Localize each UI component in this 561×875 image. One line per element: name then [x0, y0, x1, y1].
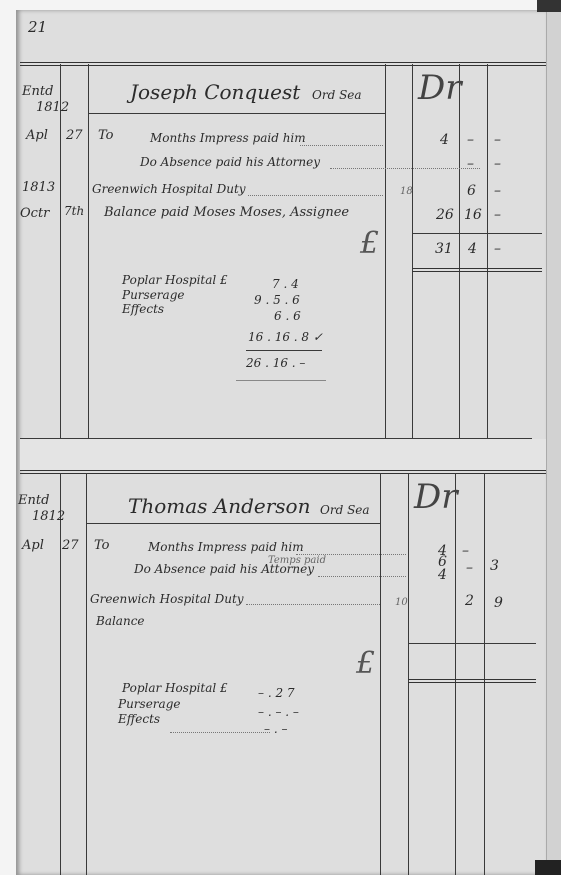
line-pence: 9 — [494, 595, 503, 611]
note-label: Purserage — [122, 288, 184, 302]
line-aux: 18 — [400, 186, 413, 197]
note-label: Poplar Hospital £ — [122, 681, 228, 695]
line-shillings: 2 — [465, 593, 474, 609]
seaman-quality: Ord Sea — [320, 503, 370, 517]
line-text: Greenwich Hospital Duty — [92, 182, 246, 196]
note-value: 9 . 5 . 6 — [254, 293, 300, 307]
col-rule — [408, 473, 409, 875]
leader-dots — [300, 145, 383, 146]
page-number: 21 — [28, 18, 47, 36]
to-label: To — [98, 128, 114, 143]
total-pounds: 31 — [435, 241, 453, 257]
date-day: 27 — [62, 538, 79, 553]
col-rule — [88, 64, 89, 440]
line-text: Balance — [96, 614, 145, 628]
col-rule — [487, 64, 488, 440]
balance-year: 1813 — [22, 180, 55, 195]
line-shillings: – — [467, 132, 474, 148]
total-rule-top — [408, 643, 536, 644]
balance-day: 7th — [64, 204, 84, 218]
note-value: 16 . 16 . 8 ✓ — [248, 330, 323, 344]
debit-heading: Dr — [414, 477, 458, 517]
line-pounds: 4 — [440, 132, 449, 148]
note-label: Effects — [118, 712, 160, 726]
binding-shadow-bottom — [535, 860, 561, 875]
total-rule-top — [412, 233, 542, 234]
line-shillings: 16 — [464, 207, 482, 223]
line-shillings: 6 — [467, 183, 476, 199]
note-value: 26 . 16 . – — [246, 356, 305, 370]
note-value: 6 . 6 — [274, 309, 301, 323]
name-underline — [86, 523, 380, 524]
sum-rule — [236, 380, 326, 381]
total-pound-sign: £ — [360, 226, 379, 261]
entry-year: 1812 — [36, 100, 69, 115]
col-rule — [385, 64, 386, 440]
seaman-name: Joseph Conquest — [130, 80, 300, 104]
date-month: Apl — [22, 538, 44, 553]
total-pound-sign: £ — [356, 646, 375, 681]
entry-2-top-rule — [20, 470, 546, 474]
line-text: Balance paid Moses Moses, Assignee — [104, 205, 349, 220]
line-shillings: – — [462, 543, 469, 559]
col-rule — [459, 64, 460, 440]
line-text: Do Absence paid his Attorney — [134, 562, 314, 576]
line-text: Months Impress paid him — [150, 131, 306, 145]
leader-dots — [246, 604, 380, 605]
entry-label: Entd — [18, 493, 49, 508]
col-rule — [455, 473, 456, 875]
balance-month: Octr — [20, 206, 49, 221]
total-pence: – — [494, 241, 501, 257]
line-pounds: 6 4 — [438, 556, 447, 582]
total-rule-bottom — [408, 679, 536, 683]
separator-band — [20, 439, 546, 470]
sum-rule — [246, 350, 322, 351]
leader-dots — [170, 732, 270, 733]
date-day: 27 — [66, 128, 83, 143]
line-pence: – — [494, 156, 501, 172]
line-pence: – — [494, 132, 501, 148]
total-shillings: 4 — [468, 241, 477, 257]
col-rule — [484, 473, 485, 875]
line-text: Greenwich Hospital Duty — [90, 592, 244, 606]
line-pounds: 26 — [436, 207, 454, 223]
page-edge — [546, 10, 561, 875]
entry-1-top-rule — [20, 62, 546, 66]
col-rule — [86, 473, 87, 875]
date-month: Apl — [26, 128, 48, 143]
col-rule — [412, 64, 413, 440]
binding-shadow-top — [537, 0, 561, 12]
col-rule — [60, 473, 61, 875]
col-rule — [380, 473, 381, 875]
total-rule-bottom — [412, 268, 542, 272]
line-text: Do Absence paid his Attorney — [140, 155, 320, 169]
note-label: Effects — [122, 302, 164, 316]
line-pence: 3 — [490, 558, 499, 574]
name-underline — [88, 113, 385, 114]
seaman-name: Thomas Anderson — [128, 494, 310, 518]
leader-dots — [248, 195, 383, 196]
note-value: – . – . – — [258, 705, 299, 719]
col-rule — [60, 64, 61, 440]
entry-label: Entd — [22, 84, 53, 99]
note-value: – . 2 7 — [258, 686, 295, 700]
debit-heading: Dr — [418, 68, 462, 108]
leader-dots — [318, 576, 406, 577]
note-label: Purserage — [118, 697, 180, 711]
note-value: – . – — [264, 722, 287, 736]
line-pence: – — [494, 183, 501, 199]
note-value: 7 . 4 — [272, 277, 299, 291]
line-aux: 10 — [395, 597, 408, 608]
line-shillings: – — [466, 560, 473, 576]
note-label: Poplar Hospital £ — [122, 273, 228, 287]
to-label: To — [94, 538, 110, 553]
seaman-quality: Ord Sea — [312, 88, 362, 102]
entry-year: 1812 — [32, 509, 65, 524]
line-pence: – — [494, 207, 501, 223]
line-text: Months Impress paid him — [148, 540, 304, 554]
line-shillings: – — [467, 156, 474, 172]
leader-dots — [330, 168, 480, 169]
